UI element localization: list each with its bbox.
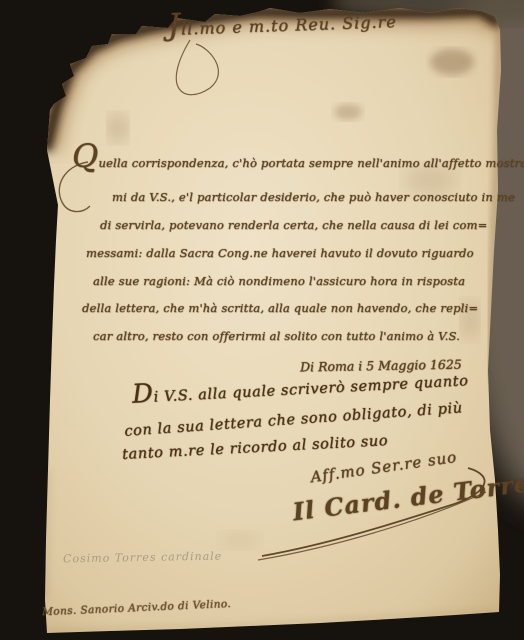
body-line: car altro, resto con offerirmi al solito… — [93, 329, 460, 343]
body-line: della lettera, che m'hà scritta, alla qu… — [82, 301, 478, 315]
manuscript-photo: Jll.mo e m.to Reu. Sig.re Quella corrisp… — [0, 0, 524, 640]
dateline: Di Roma i 5 Maggio 1625 — [300, 357, 462, 375]
paper-sheet — [45, 8, 501, 633]
body-line: alle sue ragioni: Mà ciò nondimeno l'ass… — [93, 274, 465, 288]
stain — [220, 531, 260, 549]
body-line: di servirla, potevano renderla certa, ch… — [100, 218, 488, 232]
body-line: mi da V.S., e'l particolar desiderio, ch… — [112, 190, 515, 204]
body-line: Quella corrispondenza, c'hò portata semp… — [72, 152, 524, 170]
body-line: messami: dalla Sacra Cong.ne haverei hav… — [86, 246, 474, 260]
stain — [430, 49, 474, 75]
stain — [334, 104, 362, 120]
stain — [108, 113, 128, 143]
pencil-note: Cosimo Torres cardinale — [63, 550, 222, 566]
paper-graphic — [0, 0, 524, 640]
